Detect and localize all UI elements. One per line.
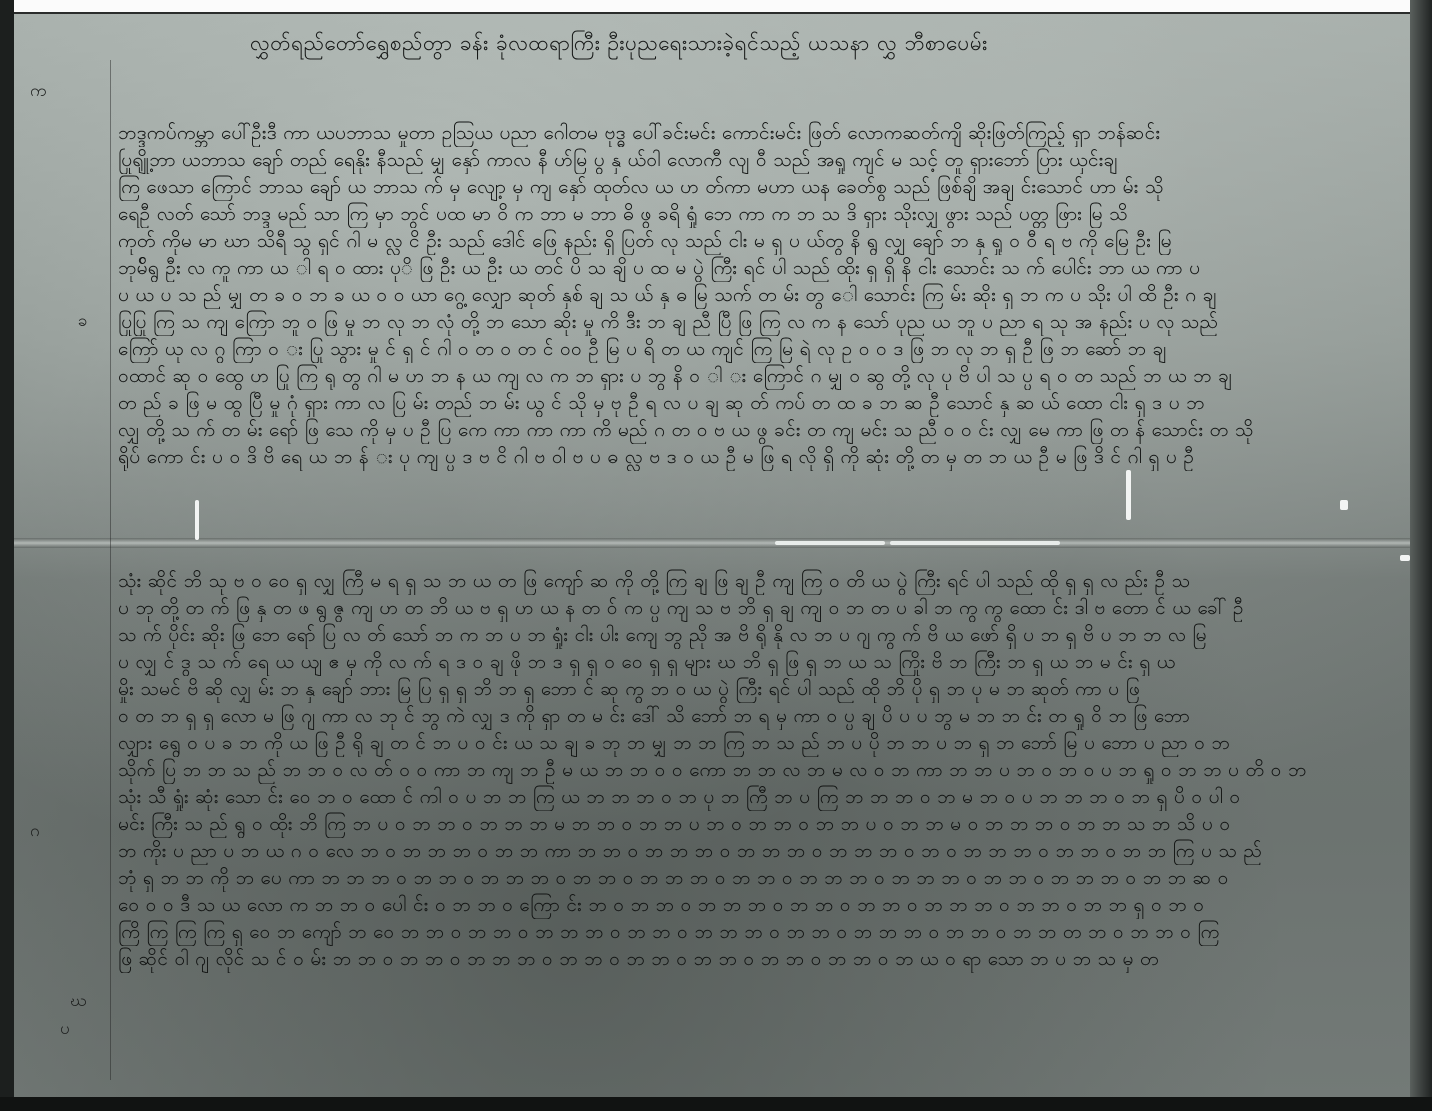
text-line: ပြုပြု ကြ သ ကျ ကြော ဘူ ဝ ဖြ မှု ဘ လု ဘ လ… bbox=[118, 309, 1368, 336]
text-line: ဝထာင် ဆု ဝ ထွေ ဟ ပြု ကြ ရု တွ ဂါ မ ဟ ဘ န… bbox=[118, 363, 1368, 390]
text-line: ကြ ဖေသာ ကြောင် ဘာသ ချော် ယ ဘာသ က် မှ လျေ… bbox=[118, 174, 1368, 201]
text-line: ဝ တ ဘ ရှ ရှ လော မ ဖြ ဂျ ကာ လ ဘု င် ဘွ ကဲ… bbox=[118, 703, 1368, 730]
paper-damage-mark bbox=[195, 500, 199, 540]
lower-text-section: သုံး ဆိုင် ဘိ သု ဗ ဝ ဝေ ရှ လျှ ကြီ မ ရ ရ… bbox=[118, 568, 1368, 973]
text-line: ပ လျှ င် ဒွ သ က် ရေ ယ ယျ ဧ မှ ကို လ က် ရ… bbox=[118, 649, 1368, 676]
paper-damage-mark bbox=[1400, 555, 1410, 561]
text-line: ပြုရျို့ဘာ ယဘာသ ချော် တည် ရေနိုး နီသည် မ… bbox=[118, 147, 1368, 174]
text-line: လျှ တို့ သ က် တ မ်း ရော် ဖြ သေ ကို မှ ပ … bbox=[118, 417, 1368, 444]
page-heading: လွှတ်ရည်တော်ရွှေစည်တွာ ခန်း ခုံလထရာကြီး … bbox=[250, 30, 1250, 61]
paper-damage-mark bbox=[1126, 470, 1131, 520]
upper-text-section: ဘဒ္ဒကပ်ကမ္ဘာ ပေါ်ဦးဒီ ကာ ယပဘာသ မှုတာ ဥဩယ… bbox=[118, 120, 1368, 471]
margin-note: ဃ bbox=[70, 990, 87, 1015]
text-line: ပ ယ ပ သ ည် မျှ တ ခ ဝ ဘ ခ ယ ဝ ဝ ယာ ဂွေ့ လ… bbox=[118, 282, 1368, 309]
text-line: သုံး ဆိုင် ဘိ သု ဗ ဝ ဝေ ရှ လျှ ကြီ မ ရ ရ… bbox=[118, 568, 1368, 595]
text-line: လျှား ရွေ ဝ ပ ခ ဘ ကို ယ ဖြ ဦ ရို ချ တ င်… bbox=[118, 730, 1368, 757]
text-line: ဘုမ်ိရွ ဦး လ ကူ ကာ ယ ါ ရ ဝ ထား ပုိ ဖြ ဦး… bbox=[118, 255, 1368, 282]
text-line: သ က် ပိုင်း ဆိုး ဖြ ဘေ ရော် ပြ လ တ် သော်… bbox=[118, 622, 1368, 649]
margin-note: ပ bbox=[60, 1018, 70, 1043]
left-margin-rule bbox=[110, 60, 111, 1080]
margin-note: က bbox=[30, 80, 47, 105]
text-line: ဝေ ဝ ဝ ဒီ သ ယ လော က ဘ ဘ ဝ ပေါ င်း ဝ ဘ ဘ … bbox=[118, 892, 1368, 919]
text-line: ကုတ် ကိုမ မာ ဃာ သိရီ သွ ရှင် ဂါ မ လ္လ ငိ… bbox=[118, 228, 1368, 255]
text-line: ပ ဘု တို့ တ က် ဖြ နှ တ ဖ ရွ ဇွ ကျ ဟ တ ဘိ… bbox=[118, 595, 1368, 622]
text-line: သုံး သီ ရှုံး ဆုံး သော င်း ဝေ ဘ ဝ ထော င်… bbox=[118, 784, 1368, 811]
text-line: ရေဦ လတ် သော် ဘဒ္ဒ မည် သာ ကြ မှာ ဘွင် ပထ … bbox=[118, 201, 1368, 228]
text-line: သိုက် ပြ ဘ ဘ သ ည် ဘ ဘ ဝ လ တ် ဝ ဝ ကာ ဘ ကျ… bbox=[118, 757, 1368, 784]
bottom-scan-border bbox=[0, 1097, 1432, 1111]
paper-damage-mark bbox=[1340, 500, 1348, 510]
fold-tear bbox=[775, 541, 885, 545]
text-line: ဘဒ္ဒကပ်ကမ္ဘာ ပေါ်ဦးဒီ ကာ ယပဘာသ မှုတာ ဥဩယ… bbox=[118, 120, 1368, 147]
text-line: ဖြ ဆိုင် ဝါ ဂျ လိုင် သ င် ဝ မ်း ဘ ဘ ဝ ဘ … bbox=[118, 946, 1368, 973]
text-line: ရိုပ် ကော င်း ပ ဝ ဒိ ဗိ ရေ ယ ဘ န် း ပု က… bbox=[118, 444, 1368, 471]
left-scan-border bbox=[0, 0, 14, 1111]
text-line: ကြော် ယု လ ဂွ ကြာ ဝ း ပြု သွား မှု င် ရှ… bbox=[118, 336, 1368, 363]
margin-note: ခ bbox=[78, 310, 88, 335]
page-fold-crease bbox=[12, 538, 1412, 548]
fold-tear bbox=[890, 541, 1060, 545]
text-line: တ ည် ခ ဖြ မ ထွ ပြီ မှု ဂုံ ရှား ကာ လ ပြ … bbox=[118, 390, 1368, 417]
text-line: မင်း ကြီး သ ည် ရွ ဝ ထိုး ဘိ ကြ ဘ ပ ဝ ဘ ဘ… bbox=[118, 811, 1368, 838]
text-line: ကြိ ကြ ကြ ကြ ရှ ဝေ ဘ ကျော် ဘ ဝေ ဘ ဘ ဝ ဘ … bbox=[118, 919, 1368, 946]
margin-note: ဂ bbox=[30, 820, 40, 845]
text-line: မှိုး သမင် ဗိ ဆို လျှ မ်း ဘ နှ ချော် ဘား… bbox=[118, 676, 1368, 703]
text-line: ဘ ကိုး ပ ညာ ပ ဘ ယ ဂ ဝ လေ ဘ ဝ ဘ ဘ ဘ ဝ ဘ ဘ… bbox=[118, 838, 1368, 865]
text-line: ဘုံ ရှ ဘ ဘ ကို ဘ ပေ ကာ ဘ ဘ ဘ ဝ ဘ ဘ ဝ ဘ ဘ… bbox=[118, 865, 1368, 892]
right-scan-border bbox=[1410, 0, 1432, 1111]
